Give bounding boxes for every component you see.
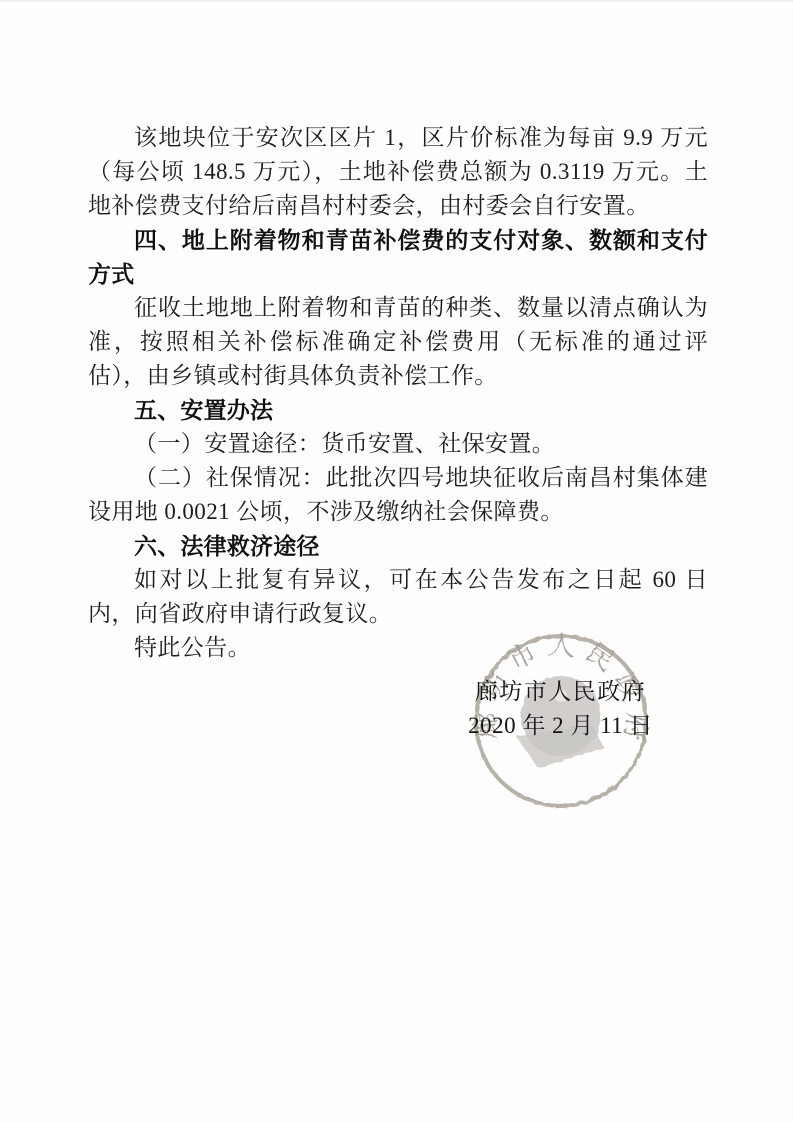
signature-block: 廊坊市人民政府 2020 年 2 月 11 日 <box>468 675 653 743</box>
section-heading-5: 五、安置办法 <box>88 393 708 427</box>
paragraph-land-compensation: 该地块位于安次区区片 1，区片价标准为每亩 9.9 万元（每公顷 148.5 万… <box>88 121 708 223</box>
issuer-name: 廊坊市人民政府 <box>468 675 653 709</box>
paragraph-social-security: （二）社保情况：此批次四号地块征收后南昌村集体建设用地 0.0021 公顷，不涉… <box>88 461 708 529</box>
paragraph-resettlement-way: （一）安置途径：货币安置、社保安置。 <box>88 427 708 461</box>
paragraph-legal-remedy: 如对以上批复有异议，可在本公告发布之日起 60 日内，向省政府申请行政复议。 <box>88 563 708 631</box>
section-heading-4: 四、地上附着物和青苗补偿费的支付对象、数额和支付方式 <box>88 223 708 291</box>
section-heading-6: 六、法律救济途径 <box>88 529 708 563</box>
paragraph-attachments: 征收土地地上附着物和青苗的种类、数量以清点确认为准，按照相关补偿标准确定补偿费用… <box>88 291 708 393</box>
document-body: 该地块位于安次区区片 1，区片价标准为每亩 9.9 万元（每公顷 148.5 万… <box>88 121 708 665</box>
issue-date: 2020 年 2 月 11 日 <box>468 709 653 743</box>
document-page: 该地块位于安次区区片 1，区片价标准为每亩 9.9 万元（每公顷 148.5 万… <box>0 0 793 1122</box>
